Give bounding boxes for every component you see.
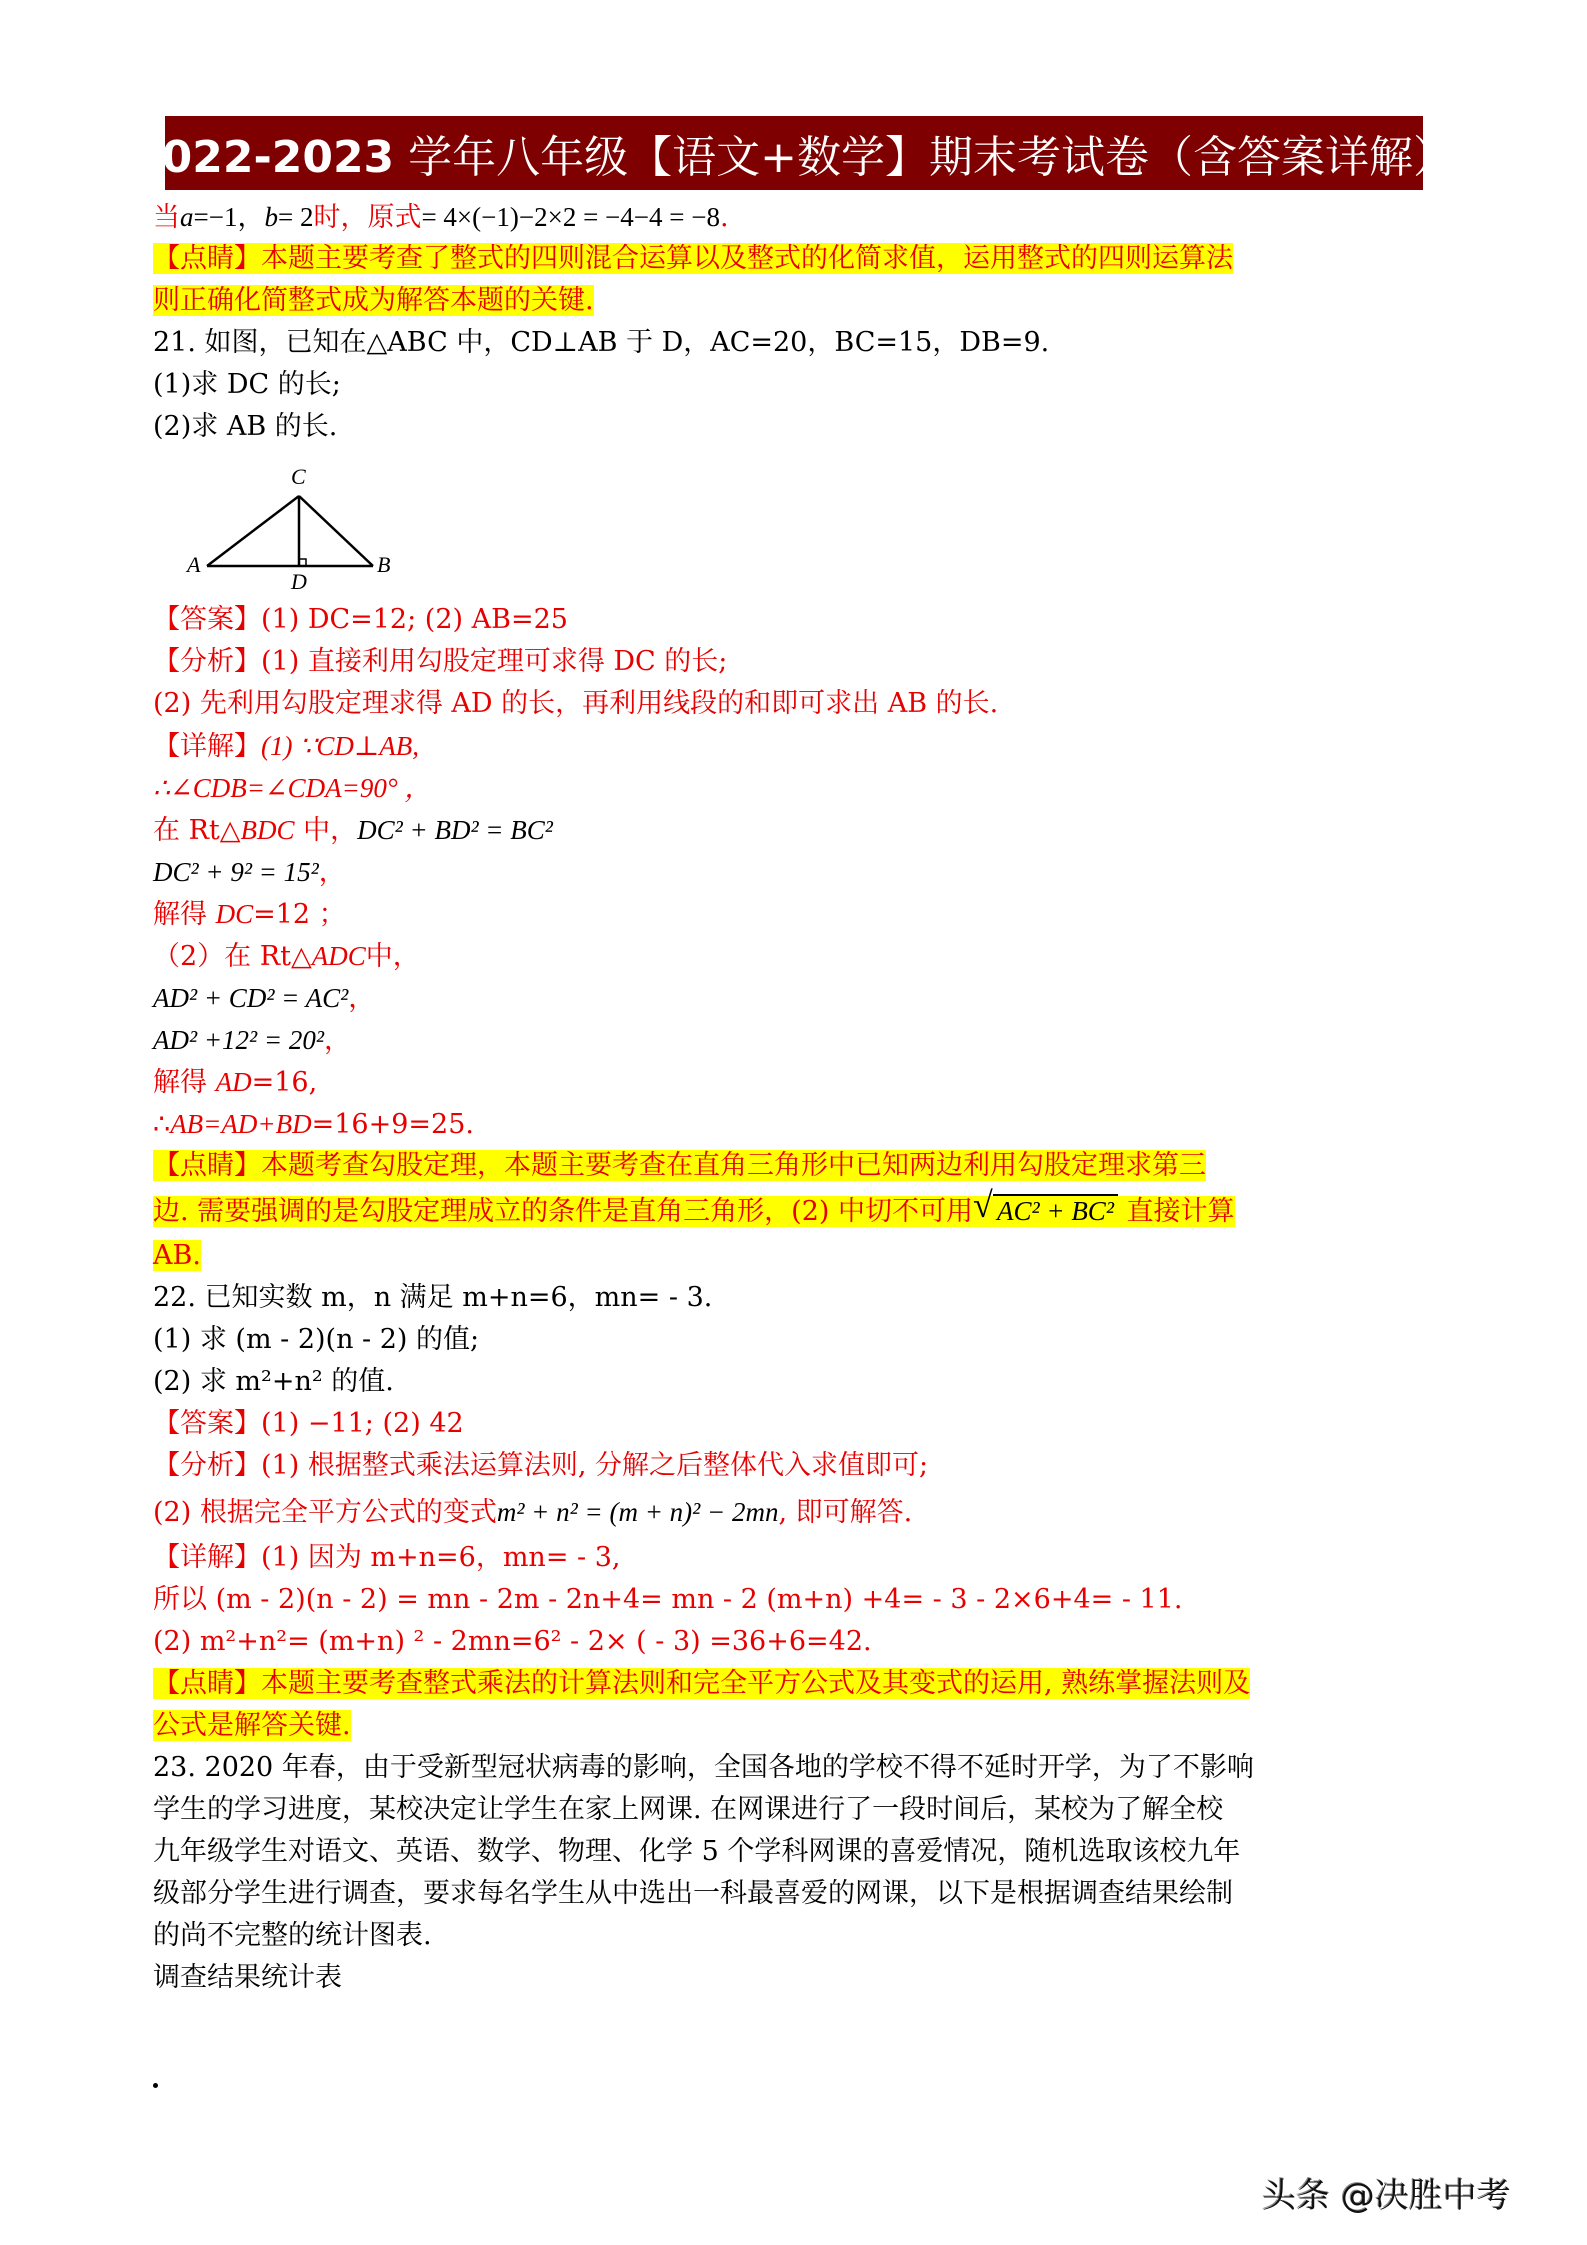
var-a: a [180, 202, 194, 232]
q21-detail-2: ∴∠CDB=∠CDA=90° ， [153, 767, 1443, 809]
comment-text: AB. [153, 1240, 201, 1271]
q22-analysis-1: 【分析】(1) 根据整式乘法运算法则, 分解之后整体代入求值即可; [153, 1445, 1443, 1487]
q23-line-4: 级部分学生进行调查，要求每名学生从中选出一科最喜爱的网课，以下是根据调查结果绘制 [153, 1873, 1443, 1915]
q21-detail-3: 在 Rt△BDC 中，DC² + BD² = BC² [153, 809, 1443, 851]
equation: AD² + CD² = AC² [153, 983, 348, 1013]
q21-detail-8: AD² +12² = 20²， [153, 1019, 1443, 1061]
math-expression: = 4×(−1)−2×2 = −4−4 = −8 [421, 202, 720, 232]
text: . [720, 202, 729, 233]
q22-comment-1: 【点睛】本题主要考查整式乘法的计算法则和完全平方公式及其变式的运用, 熟练掌握法… [153, 1663, 1443, 1705]
text: （2）在 Rt△ [153, 941, 312, 972]
highlight: 边. 需要强调的是勾股定理成立的条件是直角三角形，(2) 中切不可用√AC² +… [153, 1196, 1235, 1227]
answer-text: (1) DC=12; (2) AB=25 [261, 604, 568, 635]
q22-answer: 【答案】(1) −11; (2) 42 [153, 1403, 1443, 1445]
comment-text: 公式是解答关键. [153, 1710, 351, 1741]
highlight: 【点睛】本题主要考查整式乘法的计算法则和完全平方公式及其变式的运用, 熟练掌握法… [153, 1668, 1250, 1699]
var-b: b [264, 202, 278, 232]
q21-analysis-1: 【分析】(1) 直接利用勾股定理可求得 DC 的长; [153, 641, 1443, 683]
q22-part1: (1) 求 (m - 2)(n - 2) 的值; [153, 1319, 1443, 1361]
comment-text: 则正确化简整式成为解答本题的关键. [153, 285, 594, 316]
q21-part1: (1)求 DC 的长; [153, 364, 1443, 406]
equation: AD² +12² = 20² [153, 1025, 324, 1055]
q21-part2: (2)求 AB 的长. [153, 406, 1443, 448]
text: ， [324, 1025, 351, 1056]
equation: m² + n² = (m + n)² − 2mn [497, 1497, 779, 1527]
detail-tag: 【详解】 [153, 731, 261, 762]
text: ∴ [153, 1109, 170, 1140]
q21-comment-2: 边. 需要强调的是勾股定理成立的条件是直角三角形，(2) 中切不可用√AC² +… [153, 1187, 1443, 1235]
text: 解得 [153, 899, 216, 930]
title-year: 2022-2023 [131, 132, 394, 183]
analysis-text: (1) 直接利用勾股定理可求得 DC 的长; [261, 646, 727, 677]
vertex-label-d: D [291, 569, 307, 595]
analysis-text: (1) 根据整式乘法运算法则, 分解之后整体代入求值即可; [261, 1450, 928, 1481]
comment-text: 直接计算 [1118, 1196, 1235, 1227]
comment-tag: 【点睛】 [153, 243, 261, 274]
detail-tag: 【详解】 [153, 1542, 261, 1573]
q20-comment-line-2: 则正确化简整式成为解答本题的关键. [153, 280, 1443, 322]
triangle-figure: C A B D [177, 454, 437, 599]
equation: DC² + BD² = BC² [357, 815, 553, 845]
text: ， [348, 983, 375, 1014]
sqrt-expression: √AC² + BC² [973, 1187, 1118, 1236]
q21-detail-10: ∴AB=AD+BD=16+9=25. [153, 1103, 1443, 1145]
text: ， [319, 857, 346, 888]
q22-detail-2: 所以 (m - 2)(n - 2) = mn - 2m - 2n+4= mn -… [153, 1579, 1443, 1621]
analysis-tag: 【分析】 [153, 1450, 261, 1481]
radicand: AC² + BC² [993, 1194, 1118, 1226]
q22-stem: 22. 已知实数 m，n 满足 m+n=6，mn= - 3. [153, 1277, 1443, 1319]
q21-analysis-2: (2) 先利用勾股定理求得 AD 的长，再利用线段的和即可求出 AB 的长. [153, 683, 1443, 725]
stray-dot [153, 2083, 158, 2088]
q21-detail-6: （2）在 Rt△ADC中， [153, 935, 1443, 977]
q21-detail-4: DC² + 9² = 15²， [153, 851, 1443, 893]
q20-comment-line-1: 【点睛】本题主要考查了整式的四则混合运算以及整式的化简求值，运用整式的四则运算法 [153, 238, 1443, 280]
value: =12 ； [253, 899, 346, 930]
comment-tag: 【点睛】 [153, 1150, 261, 1181]
text: 在 Rt△ [153, 815, 241, 846]
comment-tag: 【点睛】 [153, 1668, 261, 1699]
triangle-name: ADC [312, 941, 366, 971]
radical-sign: √ [973, 1181, 993, 1229]
table-caption: 调查结果统计表 [153, 1957, 1443, 1999]
q22-comment-2: 公式是解答关键. [153, 1705, 1443, 1747]
analysis-text: (2) 根据完全平方公式的变式 [153, 1497, 497, 1528]
q21-stem: 21. 如图，已知在△ABC 中，CD⊥AB 于 D，AC=20，BC=15，D… [153, 322, 1443, 364]
q21-detail-1: 【详解】(1) ∵CD⊥AB, [153, 725, 1443, 767]
q21-answer: 【答案】(1) DC=12; (2) AB=25 [153, 599, 1443, 641]
document-title: 2022-2023 学年八年级【语文+数学】期末考试卷（含答案详解） [131, 121, 1457, 185]
vertex-label-a: A [187, 552, 200, 578]
highlight: 【点睛】本题主要考查了整式的四则混合运算以及整式的化简求值，运用整式的四则运算法 [153, 243, 1233, 274]
q23-line-1: 23. 2020 年春，由于受新型冠状病毒的影响，全国各地的学校不得不延时开学，… [153, 1747, 1443, 1789]
analysis-tag: 【分析】 [153, 646, 261, 677]
equation: DC² + 9² = 15² [153, 857, 319, 887]
value: =16, [252, 1067, 318, 1098]
variable: DC [216, 899, 254, 929]
text: 中， [366, 941, 420, 972]
q23-line-2: 学生的学习进度，某校决定让学生在家上网课. 在网课进行了一段时间后，某校为了解全… [153, 1789, 1443, 1831]
q22-detail-3: (2) m²+n²= (m+n) ² - 2mn=6² - 2× ( - 3) … [153, 1621, 1443, 1663]
text: 中， [295, 815, 358, 846]
comment-text: 本题考查勾股定理，本题主要考查在直角三角形中已知两边利用勾股定理求第三 [261, 1150, 1206, 1181]
q22-analysis-2: (2) 根据完全平方公式的变式m² + n² = (m + n)² − 2mn,… [153, 1487, 1443, 1537]
document-body: 当a=−1，b= 2时，原式= 4×(−1)−2×2 = −4−4 = −8. … [153, 196, 1443, 1999]
q21-comment-3: AB. [153, 1235, 1443, 1277]
text: 解得 [153, 1067, 216, 1098]
q22-detail-1: 【详解】(1) 因为 m+n=6，mn= - 3, [153, 1537, 1443, 1579]
answer-tag: 【答案】 [153, 604, 261, 635]
watermark: 头条 @决胜中考 [1262, 2168, 1511, 2217]
a-value: =−1， [194, 202, 265, 232]
text: 当 [153, 202, 180, 233]
text: 时，原式 [313, 202, 421, 233]
q21-comment-1: 【点睛】本题考查勾股定理，本题主要考查在直角三角形中已知两边利用勾股定理求第三 [153, 1145, 1443, 1187]
detail-text: (1) 因为 m+n=6，mn= - 3, [261, 1542, 621, 1573]
highlight: 【点睛】本题考查勾股定理，本题主要考查在直角三角形中已知两边利用勾股定理求第三 [153, 1150, 1206, 1181]
triangle-abc-diagram [177, 454, 437, 599]
q21-detail-5: 解得 DC=12 ； [153, 893, 1443, 935]
answer-text: (1) −11; (2) 42 [261, 1408, 464, 1439]
triangle-name: BDC [241, 815, 295, 845]
answer-tag: 【答案】 [153, 1408, 261, 1439]
q23-line-3: 九年级学生对语文、英语、数学、物理、化学 5 个学科网课的喜爱情况，随机选取该校… [153, 1831, 1443, 1873]
comment-text: 边. 需要强调的是勾股定理成立的条件是直角三角形，(2) 中切不可用 [153, 1196, 973, 1227]
comment-text: 本题主要考查整式乘法的计算法则和完全平方公式及其变式的运用, 熟练掌握法则及 [261, 1668, 1250, 1699]
q21-detail-7: AD² + CD² = AC²， [153, 977, 1443, 1019]
q21-detail-9: 解得 AD=16, [153, 1061, 1443, 1103]
analysis-text: , 即可解答. [778, 1497, 912, 1528]
b-value: = 2 [278, 202, 313, 232]
variable: AD [216, 1067, 252, 1097]
q20-evaluation-line: 当a=−1，b= 2时，原式= 4×(−1)−2×2 = −4−4 = −8. [153, 196, 1443, 238]
vertex-label-b: B [377, 552, 390, 578]
detail-text: (1) ∵CD⊥AB, [261, 731, 419, 761]
comment-text: 本题主要考查了整式的四则混合运算以及整式的化简求值，运用整式的四则运算法 [261, 243, 1233, 274]
value: =16+9=25. [312, 1109, 474, 1140]
expression: AB=AD+BD [170, 1109, 311, 1139]
document-title-banner: 2022-2023 学年八年级【语文+数学】期末考试卷（含答案详解） [165, 116, 1423, 190]
q22-part2: (2) 求 m²+n² 的值. [153, 1361, 1443, 1403]
vertex-label-c: C [291, 464, 306, 490]
title-text: 学年八年级【语文+数学】期末考试卷（含答案详解） [394, 132, 1457, 183]
q23-line-5: 的尚不完整的统计图表. [153, 1915, 1443, 1957]
